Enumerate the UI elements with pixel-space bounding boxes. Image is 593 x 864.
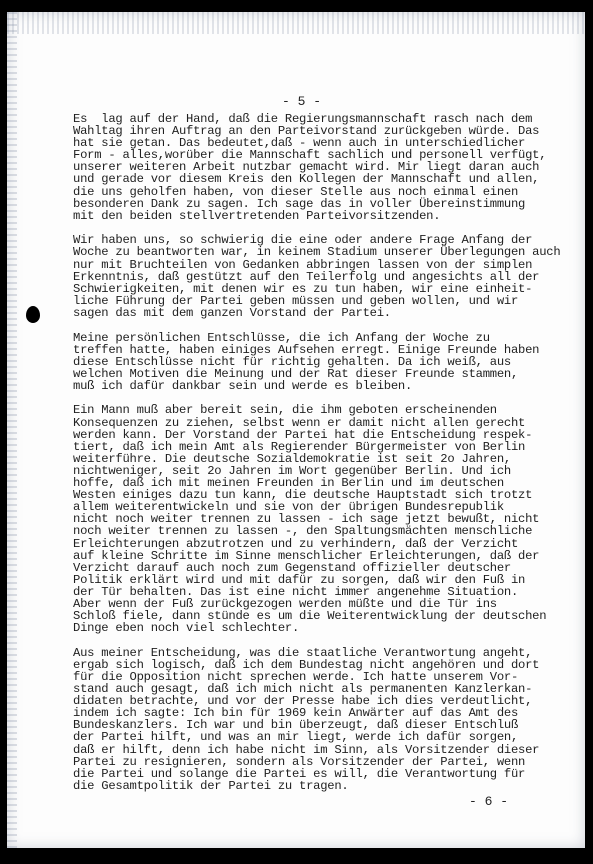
document-body: Es lag auf der Hand, daß die Regierungsm… xyxy=(73,113,563,804)
paragraph-3: Meine persönlichen Entschlüsse, die ich … xyxy=(73,332,563,392)
paragraph-5: Aus meiner Entscheidung, was die staatli… xyxy=(73,647,563,792)
page-number-top: - 5 - xyxy=(282,94,321,109)
scanned-page: - 5 - Es lag auf der Hand, daß die Regie… xyxy=(7,12,585,848)
paragraph-2: Wir haben uns, so schwierig die eine ode… xyxy=(73,234,563,319)
punch-hole xyxy=(26,306,40,323)
paragraph-4: Ein Mann muß aber bereit sein, die ihm g… xyxy=(73,404,563,634)
page-number-bottom: - 6 - xyxy=(469,794,508,809)
paragraph-1: Es lag auf der Hand, daß die Regierungsm… xyxy=(73,113,563,222)
